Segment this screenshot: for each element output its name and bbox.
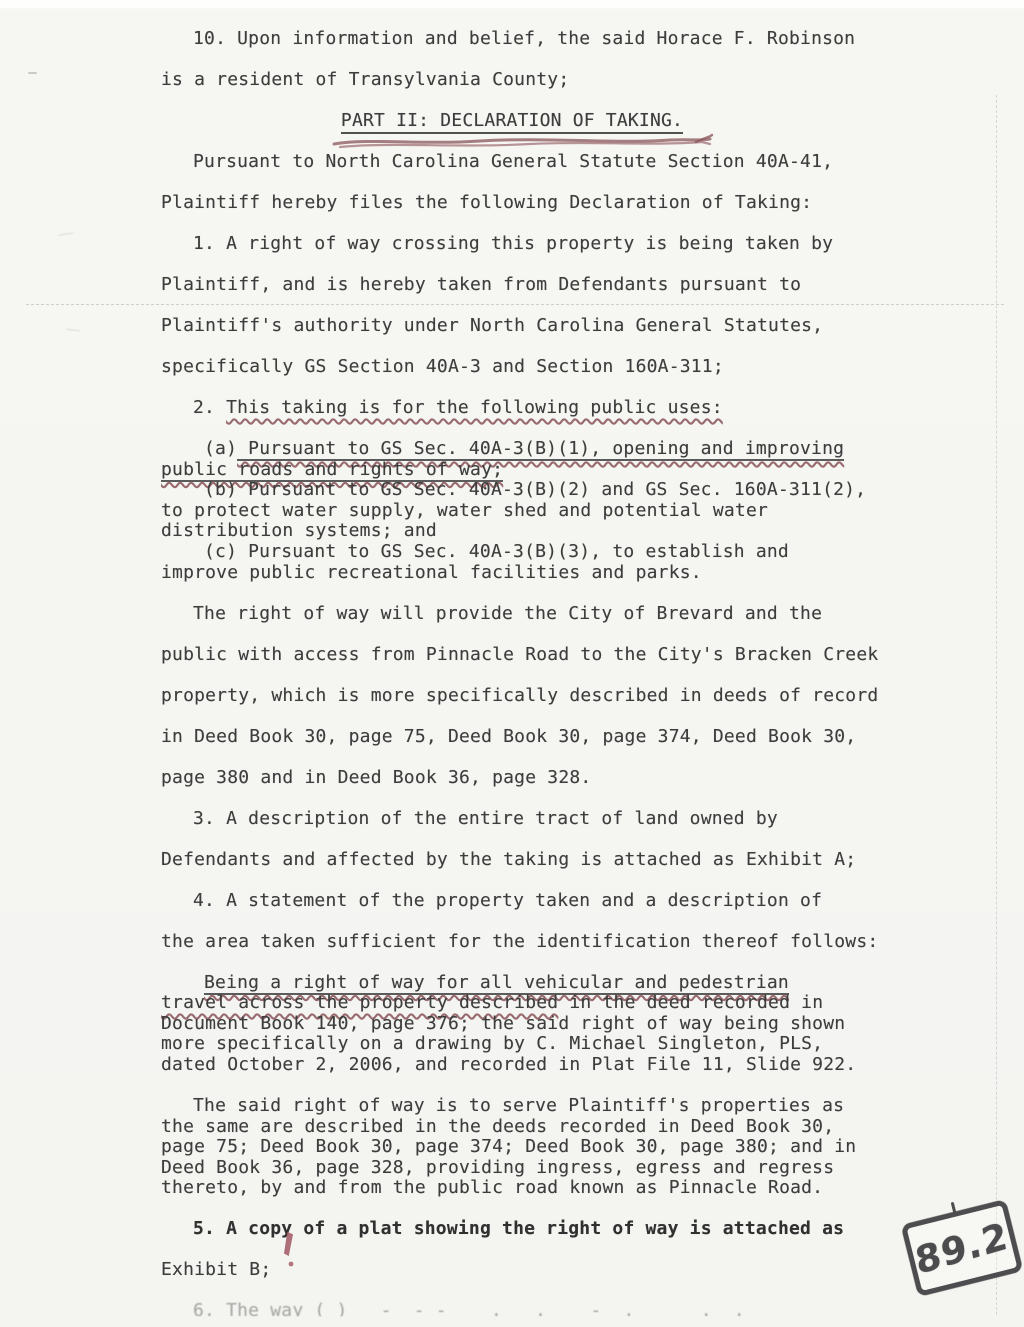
text: improve public recreational facilities a…	[161, 562, 702, 583]
text: public with access from Pinnacle Road to…	[161, 644, 878, 665]
text: Pursuant to North Carolina General Statu…	[193, 151, 833, 172]
text: thereto, by and from the public road kno…	[161, 1177, 823, 1198]
document-line: 4. A statement of the property taken and…	[161, 891, 1010, 913]
text: 4. A statement of the property taken and…	[193, 890, 822, 911]
scan-artifact-vertical-line	[996, 95, 997, 1315]
underlined-text: Pursuant to GS Sec. 40A-3(B)(1), opening…	[237, 438, 844, 461]
scan-stray-mark	[28, 72, 37, 74]
text: page 75; Deed Book 30, page 374; Deed Bo…	[161, 1136, 856, 1157]
text: 6. The way ( ) - - - . . - . . .	[193, 1300, 745, 1321]
document-line: Defendants and affected by the taking is…	[161, 850, 1010, 872]
scan-top-edge	[0, 0, 1024, 8]
underlined-text: Being a right of way for all vehicular a…	[204, 972, 789, 995]
maroon-swoosh-underline	[330, 133, 716, 151]
text: more specifically on a drawing by C. Mic…	[161, 1033, 823, 1054]
document-line: improve public recreational facilities a…	[161, 563, 1010, 585]
text: 1. A right of way crossing this property…	[193, 233, 833, 254]
document-line: page 380 and in Deed Book 36, page 328.	[161, 768, 1010, 790]
document-line: the area taken sufficient for the identi…	[161, 932, 1010, 954]
scan-stray-mark	[66, 328, 80, 331]
text: the same are described in the deeds reco…	[161, 1116, 834, 1137]
document-line: specifically GS Section 40A-3 and Sectio…	[161, 357, 1010, 379]
text: (a)	[204, 438, 237, 459]
document-line: Plaintiff hereby files the following Dec…	[161, 193, 1010, 215]
text: Plaintiff hereby files the following Dec…	[161, 192, 812, 213]
text: 3. A description of the entire tract of …	[193, 808, 778, 829]
text: 10. Upon information and belief, the sai…	[193, 28, 855, 49]
document-line: PART II: DECLARATION OF TAKING.	[0, 111, 1024, 133]
text: (c) Pursuant to GS Sec. 40A-3(B)(3), to …	[204, 541, 789, 562]
text: Deed Book 36, page 328, providing ingres…	[161, 1157, 834, 1178]
document-line: (a) Pursuant to GS Sec. 40A-3(B)(1), ope…	[161, 439, 1010, 461]
document-line: Pursuant to North Carolina General Statu…	[161, 152, 1010, 174]
text: Defendants and affected by the taking is…	[161, 849, 856, 870]
text: Exhibit B;	[161, 1259, 271, 1280]
document-line: Plaintiff's authority under North Caroli…	[161, 316, 1010, 338]
maroon-ink-mark	[279, 1230, 301, 1272]
document-line: 10. Upon information and belief, the sai…	[161, 29, 1010, 51]
text: 2.	[193, 397, 226, 418]
text: to protect water supply, water shed and …	[161, 500, 768, 521]
underlined-text: This taking is for the following public …	[226, 397, 723, 418]
text: is a resident of Transylvania County;	[161, 69, 569, 90]
document-line: 2. This taking is for the following publ…	[161, 398, 1010, 420]
document-line: thereto, by and from the public road kno…	[161, 1178, 1010, 1200]
document-line: in Deed Book 30, page 75, Deed Book 30, …	[161, 727, 1010, 749]
text: Plaintiff's authority under North Caroli…	[161, 315, 823, 336]
text: The right of way will provide the City o…	[193, 603, 822, 624]
underlined-text: travel across the property described	[161, 992, 558, 1013]
document-line: 3. A description of the entire tract of …	[161, 809, 1010, 831]
document-line: The right of way will provide the City o…	[161, 604, 1010, 626]
document-line: 1. A right of way crossing this property…	[161, 234, 1010, 256]
scan-artifact-horizontal-line	[26, 304, 1004, 305]
scanned-document-page: 10. Upon information and belief, the sai…	[0, 0, 1024, 1327]
document-line: Plaintiff, and is hereby taken from Defe…	[161, 275, 1010, 297]
text: property, which is more specifically des…	[161, 685, 878, 706]
text: the area taken sufficient for the identi…	[161, 931, 878, 952]
document-line: public with access from Pinnacle Road to…	[161, 645, 1010, 667]
underlined-text: public roads and rights of way;	[161, 459, 503, 482]
document-line: 6. The way ( ) - - - . . - . . .	[161, 1301, 1010, 1323]
text: in Deed Book 30, page 75, Deed Book 30, …	[161, 726, 856, 747]
text: (b) Pursuant to GS Sec. 40A-3(B)(2) and …	[204, 479, 866, 500]
text: distribution systems; and	[161, 520, 437, 541]
text: The said right of way is to serve Plaint…	[193, 1095, 844, 1116]
document-line: property, which is more specifically des…	[161, 686, 1010, 708]
text: Document Book 140, page 376; the said ri…	[161, 1013, 845, 1034]
exhibit-stamp-value: 89.2	[912, 1214, 1011, 1283]
text: dated October 2, 2006, and recorded in P…	[161, 1054, 856, 1075]
document-line: is a resident of Transylvania County;	[161, 70, 1010, 92]
document-line: dated October 2, 2006, and recorded in P…	[161, 1055, 1010, 1077]
text: Plaintiff, and is hereby taken from Defe…	[161, 274, 801, 295]
text: specifically GS Section 40A-3 and Sectio…	[161, 356, 724, 377]
scan-stray-mark	[58, 232, 74, 236]
underlined-text: PART II: DECLARATION OF TAKING.	[341, 110, 683, 134]
text: page 380 and in Deed Book 36, page 328.	[161, 767, 591, 788]
text: in the deed recorded in	[558, 992, 823, 1013]
